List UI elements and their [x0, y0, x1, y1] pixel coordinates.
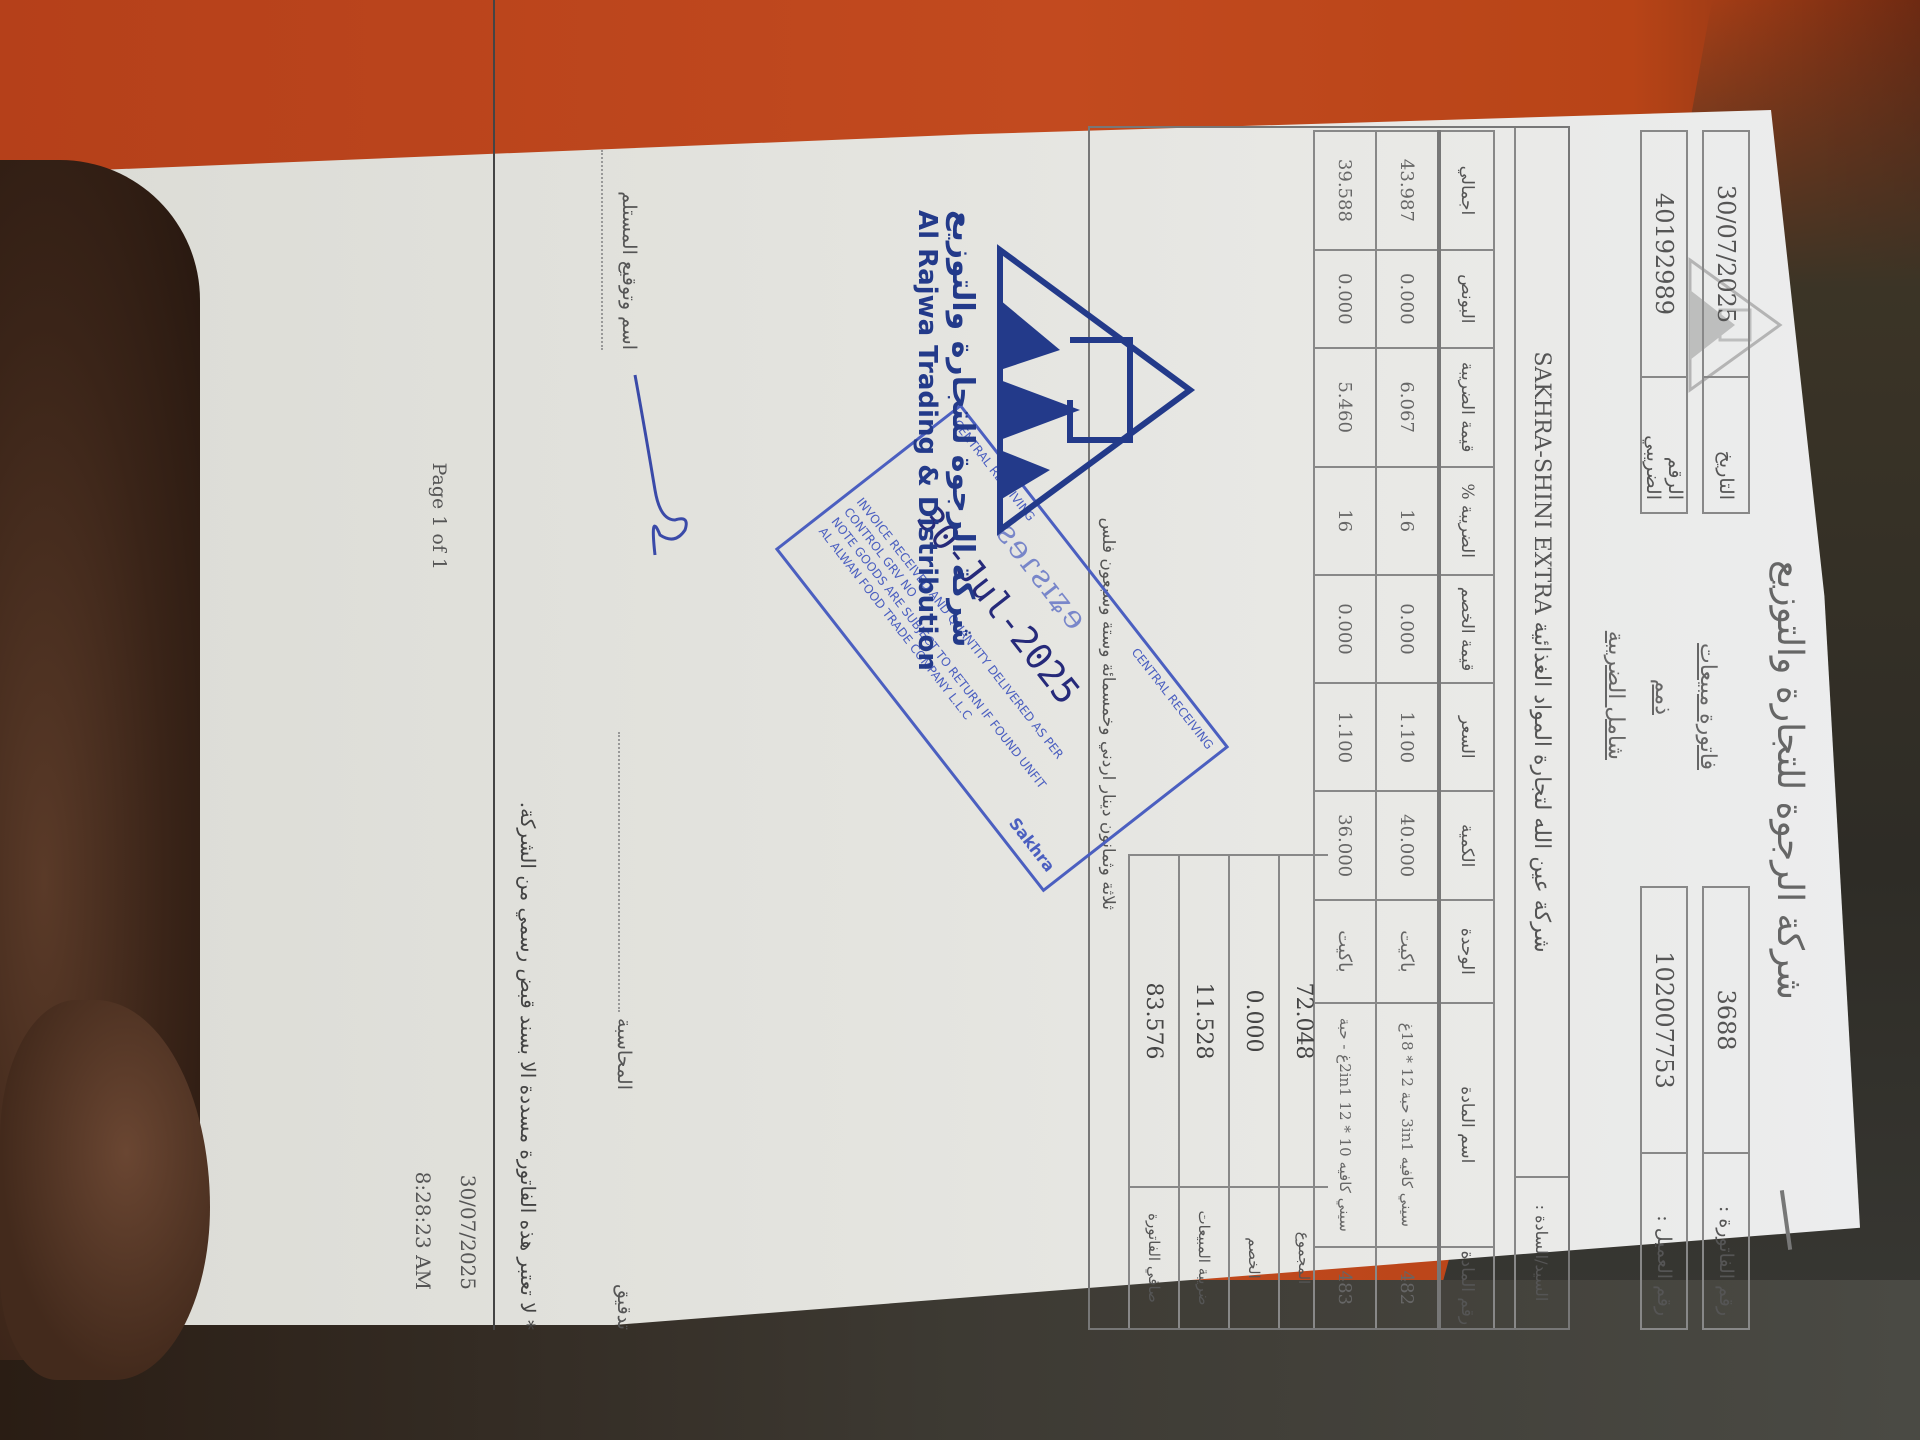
- receiver-signature-label: اسم وتوقيع المستلم: [596, 130, 640, 350]
- cell-discount: 0.000: [1376, 575, 1439, 683]
- print-date: 30/07/2025: [456, 1175, 480, 1290]
- handwritten-signature-icon: [615, 370, 695, 560]
- invoice-number-value: 3688: [1704, 888, 1748, 1152]
- sales-tax-label: ضريبة المبيعات: [1178, 1186, 1228, 1330]
- merchant-label: السيد/السادة :: [1516, 1176, 1568, 1328]
- totals-row-subtotal: المجموع 72.048: [1278, 130, 1328, 1330]
- header-underline: [1780, 1190, 1792, 1250]
- invoice-number-field: رقم الفاتورة : 3688: [1702, 886, 1750, 1330]
- tax-number-field: الرقم الضريبي 40192989: [1640, 130, 1688, 514]
- discount-label: الخصم: [1228, 1186, 1278, 1330]
- cell-price: 1.100: [1376, 683, 1439, 791]
- payment-type: ذمم: [1650, 679, 1675, 715]
- merchant-field: السيد/السادة : شركة عين الله لتجارة المو…: [1514, 126, 1570, 1330]
- invoice-page: شركة الرجوة للتجارة والتوزيع رقم الفاتور…: [190, 130, 1840, 1330]
- date-field: التاريخ 30/07/2025: [1702, 130, 1750, 514]
- col-unit: الوحدة: [1439, 900, 1494, 1003]
- col-discount: قيمة الخصم: [1439, 575, 1494, 683]
- cell-tax-value: 6.067: [1376, 348, 1439, 467]
- logo-name-arabic: شركة الرجوة للتجارة والتوزيع: [945, 210, 980, 647]
- col-total: اجمالي: [1439, 131, 1494, 250]
- cell-quantity: 40.000: [1376, 791, 1439, 899]
- audit-signature-label: تدقيق: [613, 1284, 635, 1330]
- subtotal-value: 72.048: [1278, 854, 1328, 1186]
- col-bonus: البونص: [1439, 250, 1494, 348]
- merchant-value: شركة عين الله لتجارة المواد الغذائية SAK…: [1516, 128, 1568, 1176]
- logo-name-english: Al Rajwa Trading & Distribution: [912, 210, 942, 671]
- tax-number-label: الرقم الضريبي: [1642, 376, 1686, 512]
- date-label: التاريخ: [1704, 376, 1748, 512]
- accounting-signature-label: المحاسبة: [613, 732, 635, 1090]
- company-header: شركة الرجوة للتجارة والتوزيع: [1769, 560, 1810, 1000]
- sales-tax-value: 11.528: [1178, 854, 1228, 1186]
- customer-number-label: رقم العميل :: [1642, 1152, 1686, 1328]
- cell-total: 43.987: [1376, 131, 1439, 250]
- net-total-value: 83.576: [1128, 854, 1178, 1186]
- tax-inclusive-note: شامل الضريبة: [1603, 631, 1628, 760]
- tax-number-value: 40192989: [1642, 132, 1686, 376]
- print-time: 8:28:23 AM: [411, 1172, 435, 1290]
- discount-value: 0.000: [1228, 854, 1278, 1186]
- customer-number-value: 102007753: [1642, 888, 1686, 1152]
- col-quantity: الكمية: [1439, 791, 1494, 899]
- items-table: رقم المادة اسم المادة الوحدة الكمية السع…: [1313, 130, 1495, 1330]
- table-header-row: رقم المادة اسم المادة الوحدة الكمية السع…: [1439, 131, 1494, 1329]
- page-number: Page 1 of 1: [428, 463, 450, 570]
- cell-item-no: 482: [1376, 1247, 1439, 1329]
- totals-row-discount: الخصم 0.000: [1228, 130, 1278, 1330]
- invoice-number-label: رقم الفاتورة :: [1704, 1152, 1748, 1328]
- table-row: 482 سيني كافيه 3in1 حبة 12 * 18غ باكيت 4…: [1376, 131, 1439, 1329]
- col-tax-percent: الضريبة %: [1439, 467, 1494, 575]
- receiver-label-text: اسم وتوقيع المستلم: [618, 191, 640, 350]
- payment-disclaimer: * لا تعتبر هذه الفاتورة مسددة الا بسند ق…: [516, 802, 540, 1330]
- subtotal-label: المجموع: [1278, 1186, 1328, 1330]
- col-item-no: رقم المادة: [1439, 1247, 1494, 1329]
- date-value: 30/07/2025: [1704, 132, 1748, 376]
- cell-bonus: 0.000: [1376, 250, 1439, 348]
- cell-item-name: سيني كافيه 3in1 حبة 12 * 18غ: [1376, 1003, 1439, 1247]
- col-tax-value: قيمة الضريبة: [1439, 348, 1494, 467]
- col-price: السعر: [1439, 683, 1494, 791]
- col-item-name: اسم المادة: [1439, 1003, 1494, 1247]
- customer-number-field: رقم العميل : 102007753: [1640, 886, 1688, 1330]
- cell-unit: باكيت: [1376, 900, 1439, 1003]
- accounting-label-text: المحاسبة: [613, 1018, 635, 1090]
- stamp-brand: Sakhra: [1005, 814, 1059, 875]
- footer-divider: [493, 0, 495, 1330]
- net-total-label: صافي الفاتورة: [1128, 1186, 1178, 1330]
- invoice-title: فاتورة مبيعات: [1695, 643, 1720, 770]
- company-logo-icon: [990, 240, 1200, 540]
- cell-tax-percent: 16: [1376, 467, 1439, 575]
